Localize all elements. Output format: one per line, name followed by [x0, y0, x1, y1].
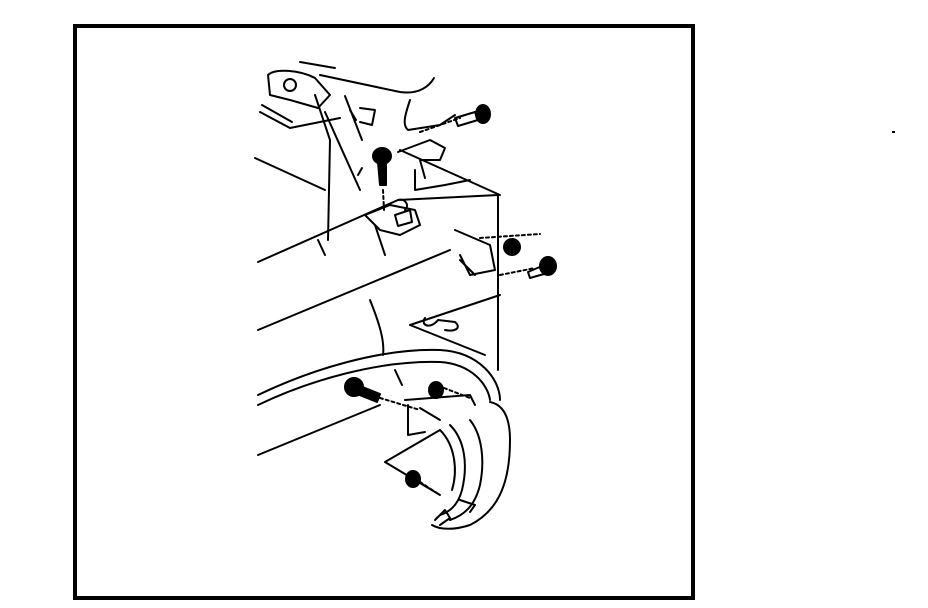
upper-body-structure	[255, 62, 455, 240]
mid-bracket	[410, 295, 500, 355]
support-plate	[258, 195, 498, 370]
upper-bracket	[398, 140, 500, 195]
side-bolt	[500, 257, 556, 278]
upper-bolt	[420, 105, 490, 132]
wheelhouse-liner	[432, 402, 510, 529]
fender-panel	[258, 350, 500, 455]
wheelhouse-nut-lower	[406, 471, 440, 495]
vertical-bolt	[373, 148, 391, 210]
fender-exploded-diagram	[0, 0, 928, 608]
